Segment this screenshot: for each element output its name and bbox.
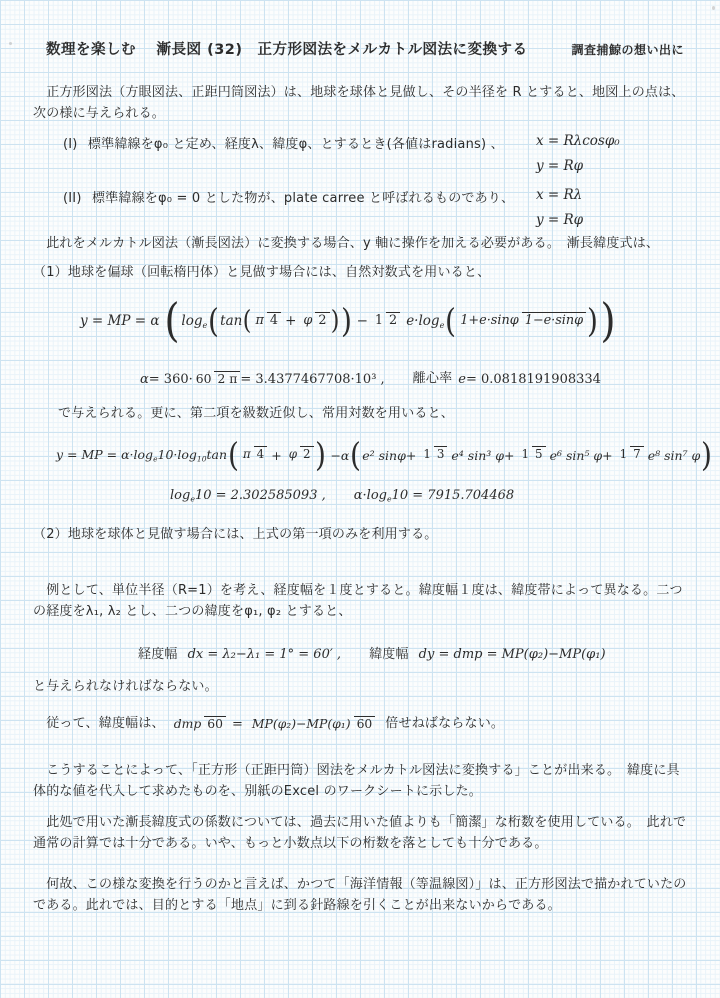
- f2-seven: 7: [630, 446, 644, 461]
- alpha-symbol: α: [140, 372, 149, 387]
- f1-tan: tan: [220, 313, 242, 329]
- document-header: 数理を楽しむ 漸長図 (32) 正方形図法をメルカトル図法に変換する 調査捕鯨の…: [46, 38, 684, 59]
- f2-term2: e⁴ sin³ φ+: [451, 448, 514, 463]
- equation-y-standard: y = Rφ: [536, 158, 620, 174]
- must-be-given-sentence: と与えられなければならない。: [33, 676, 691, 697]
- f2-lhs-text: y = MP = α·log: [56, 447, 153, 462]
- alpha-loge10-term: α·loge10 = 7915.704468: [354, 488, 514, 504]
- f1-fraction-phi-2: φ2: [300, 314, 329, 329]
- f1-elog-base: e: [440, 319, 445, 329]
- eccentricity-value: = 0.0818191908334: [466, 372, 601, 387]
- f2-fraction-one-fifth: 15: [518, 448, 545, 462]
- alpha-loge10-log: α·log: [354, 488, 387, 503]
- f1-fraction-pi-4: π4: [253, 314, 282, 329]
- f1-one: 1: [372, 313, 386, 328]
- latitude-width-equation: dy = dmp = MP(φ₂)−MP(φ₁): [419, 647, 606, 662]
- f2-three: 3: [434, 446, 448, 461]
- f2-open-paren-series: (: [350, 441, 361, 469]
- f2-pi: π: [240, 447, 254, 461]
- f1-open-paren-log: (: [208, 307, 219, 335]
- alpha-loge10-value: 10 = 7915.704468: [392, 488, 515, 503]
- f1-pi: π: [253, 313, 267, 328]
- case1-heading: （1）地球を偏球（回転楕円体）と見做す場合には、自然対数式を用いると、: [33, 262, 691, 283]
- latitude-scale-ratio-line: 従って、緯度幅は、 dmp60 = MP(φ₂)−MP(φ₁)60 倍せねばなら…: [33, 702, 504, 746]
- f1-close-paren-log: ): [341, 307, 352, 335]
- f2-close-paren-series: ): [701, 441, 712, 469]
- equation-y-plate-carree: y = Rφ: [536, 212, 583, 228]
- f2-term1: e² sinφ+: [362, 448, 416, 463]
- alpha-constant-line: α = 360· 602 π = 3.4377467708·10³ , 離心率 …: [140, 362, 601, 396]
- f2-five: 5: [532, 446, 546, 461]
- loge10-term: loge10 = 2.302585093 ,: [170, 488, 326, 504]
- ratio-pre-text: 従って、緯度幅は、: [33, 713, 165, 734]
- alpha-eq-360: = 360·: [149, 372, 193, 387]
- longitude-width-label: 経度幅: [138, 644, 178, 665]
- item-II-label: (II): [63, 191, 82, 206]
- item-I-label: (I): [63, 137, 78, 152]
- item-II-equations: x = Rλ y = Rφ: [536, 187, 583, 228]
- case2-heading: （2）地球を球体と見做す場合には、上式の第一項のみを利用する。: [33, 524, 691, 545]
- meridional-parts-formula-natural-log: y = MP = α ( loge ( tan ( π4 + φ2 ) ) − …: [80, 294, 617, 348]
- f2-fraction-pi-4: π4: [240, 448, 267, 462]
- coefficient-digits-paragraph: 此処で用いた漸長緯度式の係数については、過去に用いた値よりも「簡潔」な桁数を使用…: [33, 812, 691, 854]
- f2-one7: 1: [617, 447, 631, 461]
- item-II-text: 標準緯線をφ₀ = 0 とした物が、plate carree と呼ばれるものであ…: [92, 191, 514, 206]
- ratio-fraction-mp-60: MP(φ₂)−MP(φ₁)60: [249, 717, 375, 731]
- equation-x-standard: x = Rλcosφ₀: [536, 133, 620, 149]
- f1-plus: +: [285, 313, 296, 329]
- f2-term3: e⁶ sin⁵ φ+: [550, 448, 613, 463]
- item-I-equations: x = Rλcosφ₀ y = Rφ: [536, 133, 620, 174]
- meridional-parts-formula-common-log: y = MP = α·loge10·log10tan ( π4 + φ2 ) −…: [56, 432, 713, 478]
- loge10-log: log: [170, 488, 190, 503]
- f1-ratio-den: 1−e·sinφ: [522, 312, 586, 328]
- conversion-result-paragraph: こうすることによって、「正方形（正距円筒）図法をメルカトル図法に変換する」ことが…: [33, 760, 691, 802]
- mercator-intro-paragraph: 此れをメルカトル図法（漸長図法）に変換する場合、y 軸に操作を加える必要がある。…: [33, 233, 691, 254]
- f1-ratio-num: 1+e·sinφ: [457, 313, 521, 328]
- intro-paragraph: 正方形図法（方眼図法、正距円筒図法）は、地球を球体と見做し、その半径を R とす…: [33, 82, 691, 124]
- f1-e-log: e·loge: [406, 313, 444, 330]
- item-I-text: 標準緯線をφ₀ と定め、経度λ、緯度φ、とするとき(各値はradians) 、: [88, 137, 504, 152]
- f1-open-paren-ratio: (: [445, 307, 456, 335]
- longitude-width-equation: dx = λ₂−λ₁ = 1° = 60′ ,: [188, 647, 341, 662]
- scan-speck: [712, 6, 715, 10]
- f1-close-paren-tan: ): [330, 310, 339, 332]
- f2-close-paren-tan: ): [315, 441, 326, 469]
- f1-close-paren-outer: ): [600, 301, 615, 340]
- f1-close-paren-ratio: ): [587, 307, 598, 335]
- f2-two: 2: [300, 446, 314, 461]
- ratio-60b: 60: [354, 716, 376, 731]
- log-constants-line: loge10 = 2.302585093 , α·loge10 = 7915.7…: [170, 488, 514, 504]
- ratio-60a: 60: [204, 716, 226, 731]
- motivation-paragraph: 何故、この様な変換を行うのかと言えば、かつて「海洋情報（等温線図）」は、正方形図…: [33, 874, 691, 916]
- f1-log: log: [181, 313, 202, 329]
- loge10-value: 10 = 2.302585093 ,: [195, 488, 326, 503]
- alpha-2pi: 2 π: [214, 371, 240, 386]
- equation-x-plate-carree: x = Rλ: [536, 187, 583, 203]
- ratio-dmp: dmp: [171, 717, 205, 731]
- latitude-width-label: 緯度幅: [369, 644, 409, 665]
- alpha-value: = 3.4377467708·10³ ,: [240, 372, 384, 387]
- ratio-post-text: 倍せねばならない。: [385, 713, 504, 734]
- f2-fraction-phi-2: φ2: [286, 448, 314, 462]
- f2-term4: e⁸ sin⁷ φ: [648, 448, 701, 463]
- ratio-fraction-dmp-60: dmp60: [171, 717, 226, 731]
- scanned-document-page: 数理を楽しむ 漸長図 (32) 正方形図法をメルカトル図法に変換する 調査捕鯨の…: [0, 0, 720, 998]
- eccentricity-symbol: e: [458, 372, 466, 387]
- f1-two: 2: [315, 312, 329, 328]
- f1-fraction-sine-ratio: 1+e·sinφ1−e·sinφ: [457, 314, 586, 329]
- f1-log-e: loge: [181, 313, 207, 330]
- ratio-mp-diff: MP(φ₂)−MP(φ₁): [249, 717, 354, 731]
- f2-open-paren-tan: (: [228, 441, 239, 469]
- f2-mid: 10·log: [158, 447, 197, 462]
- alpha-fraction-60-2pi: 602 π: [193, 372, 241, 386]
- f1-open-paren-outer: (: [165, 301, 180, 340]
- given-sentence: で与えられる。更に、第二項を級数近似し、常用対数を用いると、: [58, 403, 454, 424]
- f1-phi: φ: [300, 313, 315, 328]
- f2-one5: 1: [518, 447, 532, 461]
- f1-lhs: y = MP = α: [80, 313, 159, 329]
- f1-elog: e·log: [406, 313, 439, 329]
- f1-open-paren-tan: (: [243, 310, 252, 332]
- f1-four: 4: [267, 312, 281, 328]
- width-definitions-line: 経度幅 dx = λ₂−λ₁ = 1° = 60′ , 緯度幅 dy = dmp…: [138, 644, 606, 665]
- f2-plus: +: [271, 448, 281, 463]
- item-II-line: (II) 標準緯線をφ₀ = 0 とした物が、plate carree と呼ばれ…: [63, 188, 514, 209]
- item-I-line: (I) 標準緯線をφ₀ と定め、経度λ、緯度φ、とするとき(各値はradians…: [63, 134, 504, 155]
- ratio-equals: =: [232, 717, 243, 732]
- eccentricity-label: 離心率: [413, 368, 453, 389]
- scan-speck: [9, 42, 12, 45]
- f2-tan: tan: [206, 447, 227, 462]
- f2-four: 4: [254, 446, 268, 461]
- alpha-60: 60: [193, 372, 215, 386]
- f1-minus: −: [357, 313, 368, 329]
- f2-phi: φ: [286, 447, 300, 461]
- f2-one3: 1: [420, 447, 434, 461]
- f2-fraction-one-third: 13: [420, 448, 447, 462]
- f1-fraction-one-half: 12: [372, 314, 400, 329]
- dedication-text: 調査捕鯨の想い出に: [572, 41, 685, 58]
- f2-fraction-one-seventh: 17: [617, 448, 644, 462]
- example-paragraph: 例として、単位半径（R=1）を考え、経度幅を１度とすると。緯度幅１度は、緯度帯に…: [33, 580, 691, 622]
- f1-two2: 2: [386, 312, 400, 328]
- page-title: 数理を楽しむ 漸長図 (32) 正方形図法をメルカトル図法に変換する: [46, 38, 528, 59]
- f2-lhs: y = MP = α·loge10·log10tan: [56, 447, 227, 464]
- f1-log-base: e: [203, 319, 208, 329]
- f2-minus-alpha: −α: [330, 448, 349, 463]
